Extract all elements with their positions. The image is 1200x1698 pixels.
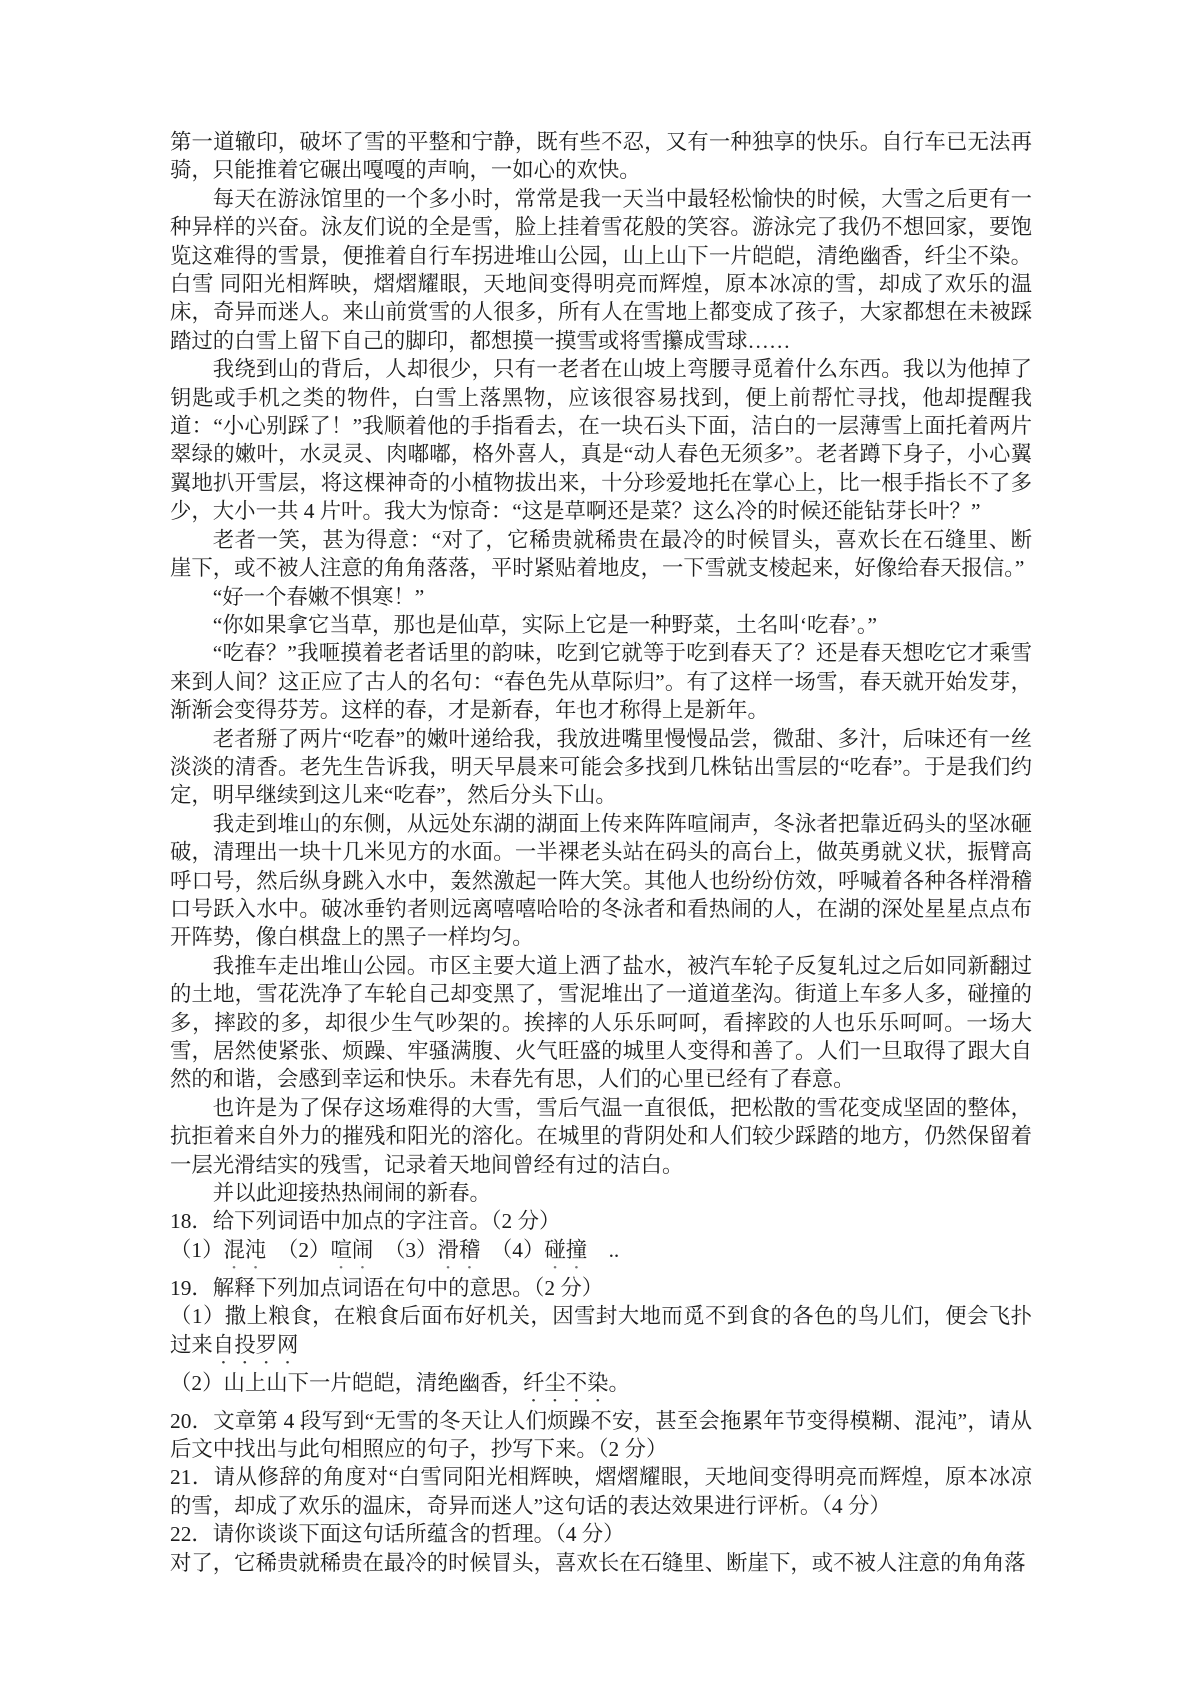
q18-item-4-num: （4） bbox=[480, 1238, 544, 1262]
q19-item-2-emphasized: 纤尘不染 bbox=[523, 1371, 609, 1395]
passage-paragraph: 也许是为了保存这场难得的大雪，雪后气温一直很低，把松散的雪花变成坚固的整体，抗拒… bbox=[170, 1094, 1032, 1179]
q18-item-4-word: 碰撞 bbox=[544, 1238, 587, 1262]
q18-trailing-dots: .. bbox=[587, 1238, 619, 1262]
exam-text-block: 第一道辙印，破坏了雪的平整和宁静，既有些不忍，又有一种独享的快乐。自行车已无法再… bbox=[170, 128, 1032, 1577]
passage-paragraph-ending: 并以此迎接热热闹闹的新春。 bbox=[170, 1179, 1032, 1207]
question-19-stem: 19．解释下列加点词语在句中的意思。（2 分） bbox=[170, 1274, 1032, 1302]
q18-item-3-word: 滑稽 bbox=[437, 1238, 480, 1262]
passage-paragraph: 每天在游泳馆里的一个多小时，常常是我一天当中最轻松愉快的时候，大雪之后更有一种异… bbox=[170, 185, 1032, 355]
passage-paragraph-dialog: “好一个春嫩不惧寒！” bbox=[170, 583, 1032, 611]
passage-paragraph-continuation: 第一道辙印，破坏了雪的平整和宁静，既有些不忍，又有一种独享的快乐。自行车已无法再… bbox=[170, 128, 1032, 185]
question-21-stem: 21．请从修辞的角度对“白雪同阳光相辉映，熠熠耀眼，天地间变得明亮而辉煌，原本冰… bbox=[170, 1463, 1032, 1520]
question-20-stem: 20．文章第 4 段写到“无雪的冬天让人们烦躁不安，甚至会拖累年节变得模糊、混沌… bbox=[170, 1407, 1032, 1464]
q18-item-1-num: （1） bbox=[170, 1238, 223, 1262]
q19-item-1-text: （1）撒上粮食，在粮食后面布好机关，因雪封大地而觅不到食的各色的鸟儿们，便会飞扑… bbox=[170, 1304, 1032, 1356]
q19-item-1-emphasized: 自投罗网 bbox=[213, 1333, 299, 1357]
q19-item-2-period: 。 bbox=[609, 1371, 630, 1395]
document-page: 第一道辙印，破坏了雪的平整和宁静，既有些不忍，又有一种独享的快乐。自行车已无法再… bbox=[0, 0, 1200, 1698]
q18-item-2-num: （2） bbox=[266, 1238, 330, 1262]
question-18-word-list: （1）混沌 （2）喧闹 （3）滑稽 （4）碰撞 .. bbox=[170, 1236, 1032, 1274]
questions-section: 18．给下列词语中加点的字注音。（2 分） （1）混沌 （2）喧闹 （3）滑稽 … bbox=[170, 1207, 1032, 1577]
passage-paragraph-dialog: “你如果拿它当草，那也是仙草，实际上它是一种野菜，土名叫‘吃春’。” bbox=[170, 611, 1032, 639]
question-18-stem: 18．给下列词语中加点的字注音。（2 分） bbox=[170, 1207, 1032, 1235]
question-22-quoted-sentence: 对了，它稀贵就稀贵在最冷的时候冒头，喜欢长在石缝里、断崖下，或不被人注意的角角落 bbox=[170, 1549, 1032, 1577]
q18-item-2-word: 喧闹 bbox=[330, 1238, 373, 1262]
question-19-item-2: （2）山上山下一片皑皑，清绝幽香，纤尘不染。 bbox=[170, 1369, 1032, 1407]
question-22-stem: 22．请你谈谈下面这句话所蕴含的哲理。（4 分） bbox=[170, 1520, 1032, 1548]
question-19-item-1: （1）撒上粮食，在粮食后面布好机关，因雪封大地而觅不到食的各色的鸟儿们，便会飞扑… bbox=[170, 1302, 1032, 1368]
passage-paragraph: 老者一笑，甚为得意：“对了，它稀贵就稀贵在最冷的时候冒头，喜欢长在石缝里、断崖下… bbox=[170, 526, 1032, 583]
reading-passage: 第一道辙印，破坏了雪的平整和宁静，既有些不忍，又有一种独享的快乐。自行车已无法再… bbox=[170, 128, 1032, 1207]
q19-item-2-text: （2）山上山下一片皑皑，清绝幽香， bbox=[170, 1371, 523, 1395]
passage-paragraph: 我绕到山的背后，人却很少，只有一老者在山坡上弯腰寻觅着什么东西。我以为他掉了钥匙… bbox=[170, 355, 1032, 525]
passage-paragraph: “吃春？”我咂摸着老者话里的韵味，吃到它就等于吃到春天了？还是春天想吃它才乘雪来… bbox=[170, 639, 1032, 724]
passage-paragraph: 老者掰了两片“吃春”的嫩叶递给我，我放进嘴里慢慢品尝，微甜、多汁，后味还有一丝淡… bbox=[170, 725, 1032, 810]
passage-paragraph: 我走到堆山的东侧，从远处东湖的湖面上传来阵阵喧闹声，冬泳者把靠近码头的坚冰砸破，… bbox=[170, 810, 1032, 952]
q18-item-3-num: （3） bbox=[373, 1238, 437, 1262]
passage-paragraph: 我推车走出堆山公园。市区主要大道上洒了盐水，被汽车轮子反复轧过之后如同新翻过的土… bbox=[170, 952, 1032, 1094]
q18-item-1-word: 混沌 bbox=[223, 1238, 266, 1262]
